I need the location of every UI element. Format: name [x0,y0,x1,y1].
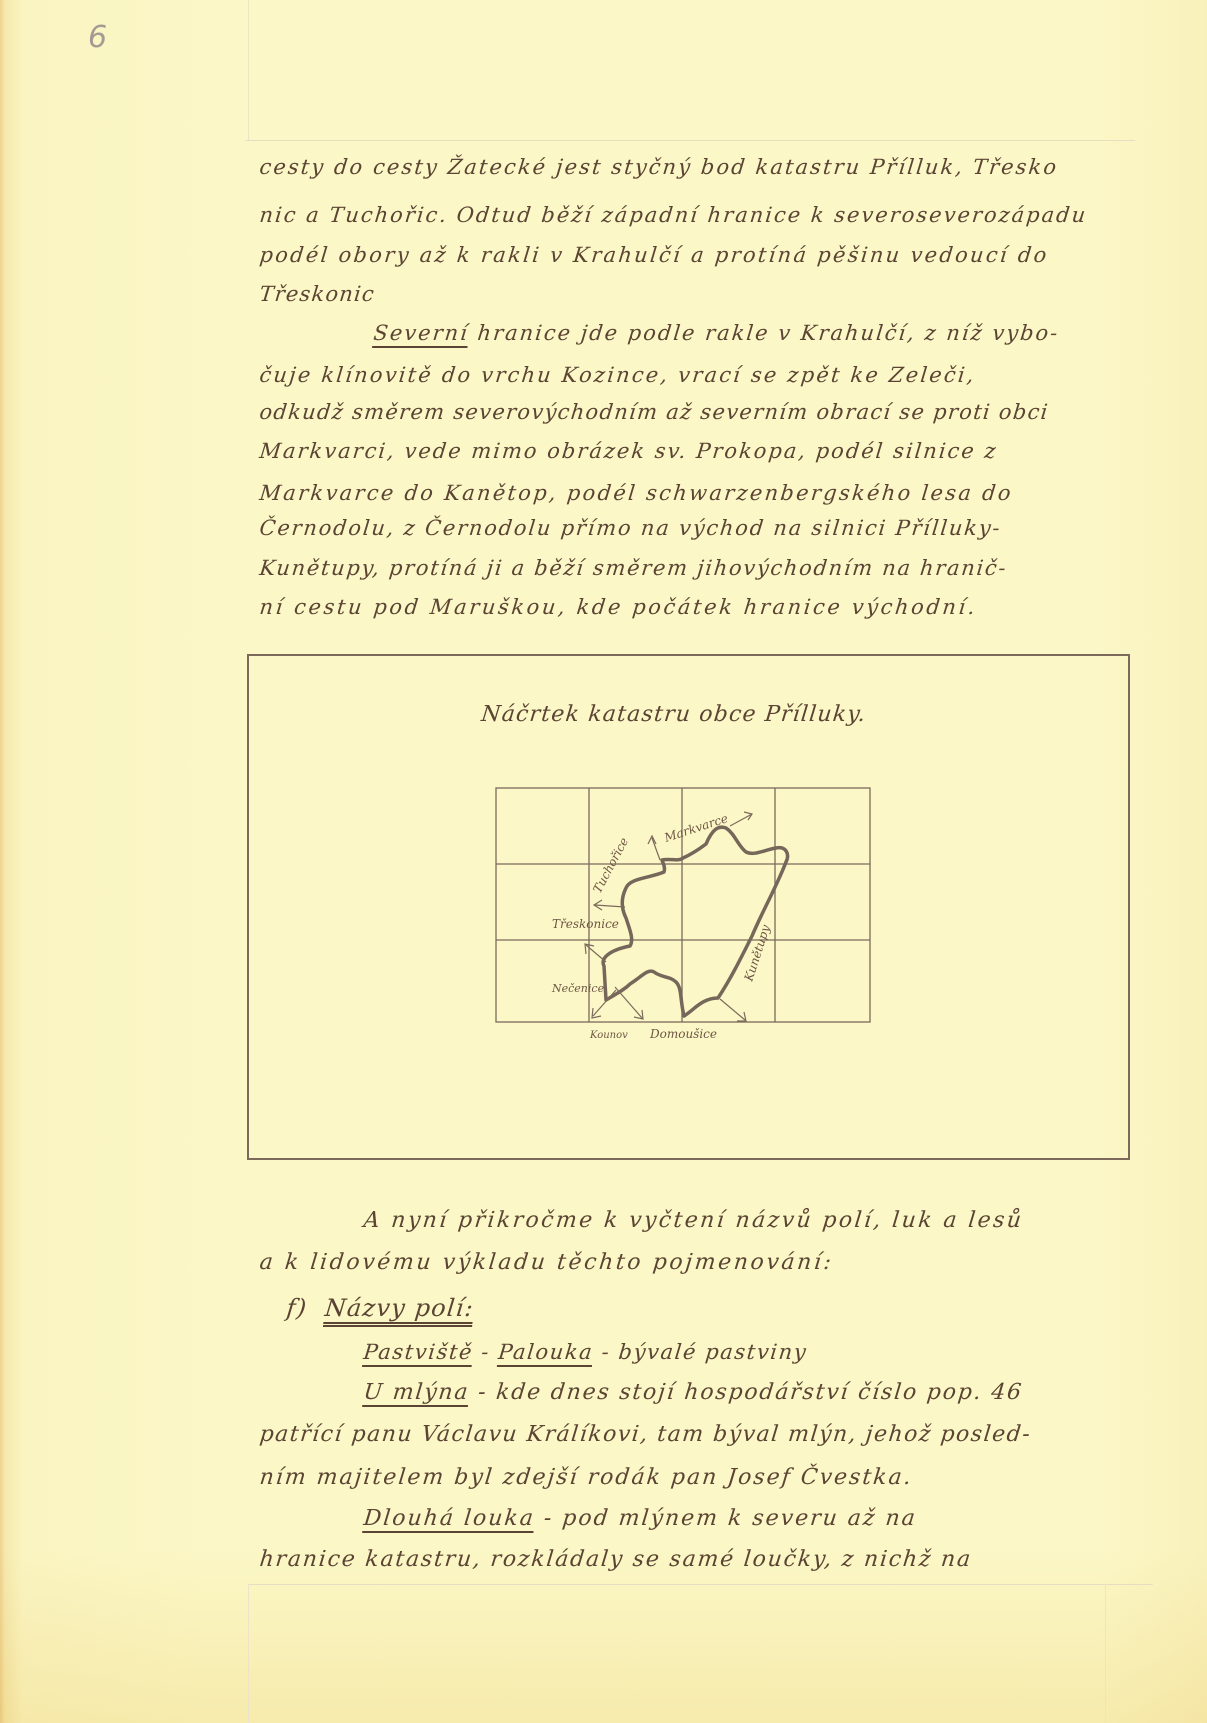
text-line: ní cestu pod Maruškou, kde počátek hrani… [258,592,979,622]
field-name-pastviste: Pastviště [362,1340,474,1364]
text-line: čuje klínovitě do vrchu Kozince, vrací s… [258,360,977,390]
map-label-treskonice: Třeskonice [552,917,619,931]
text-line: A nyní přikročme k vyčtení názvů polí, l… [362,1206,1025,1236]
ruled-margin-bottom-left [248,1584,249,1723]
ruled-margin-bottom-right [1105,1584,1106,1723]
field-name-u-mlyna: U mlýna [362,1380,470,1405]
text-line: Třeskonic [258,279,377,309]
ruled-margin-top [248,0,249,140]
map-label-necenice: Nečenice [551,982,605,995]
map-title: Náčrtek katastru obce Přílluky. [480,702,868,727]
text-line: a k lidovému výkladu těchto pojmenování: [258,1248,835,1278]
text-line: Kunětupy, protíná ji a běží směrem jihov… [258,553,1009,583]
text-line: patřící panu Václavu Králíkovi, tam býva… [258,1420,1033,1450]
field-entry: Pastviště - Palouka - bývalé pastviny [362,1337,809,1367]
separator: - [472,1340,500,1364]
text-line: hranice katastru, rozkládaly se samé lou… [258,1545,974,1575]
field-entry: U mlýna - kde dnes stojí hospodářství čí… [362,1378,1024,1408]
text-line-content: hranice jde podle rakle v Krahulčí, z ní… [476,321,1060,345]
field-entry: Dlouhá louka - pod mlýnem k severu až na [362,1504,918,1534]
ruled-line-top [245,140,1135,141]
field-description: - kde dnes stojí hospodářství číslo pop.… [468,1380,1024,1405]
cadastre-boundary [603,827,787,1016]
section-marker: f) [285,1294,309,1322]
cadastre-sketch-map: Tuchořice Markvarce Třeskonice Nečenice … [480,770,880,1050]
section-heading: f) Názvy polí: [285,1293,476,1323]
text-line: Černodolu, z Černodolu přímo na východ n… [258,513,1003,543]
field-description: - pod mlýnem k severu až na [534,1506,919,1531]
ruled-line-bottom [248,1584,1153,1585]
heading-severni: Severní [372,321,470,345]
text-line: nic a Tuchořic. Odtud běží západní hrani… [258,200,1089,230]
field-description: - bývalé pastviny [592,1340,808,1364]
text-line: cesty do cesty Žatecké jest styčný bod k… [258,152,1060,182]
text-line: odkudž směrem severovýchodním až severní… [258,397,1050,427]
map-label-domousice: Domoušice [649,1027,717,1041]
field-name-palouka: Palouka [497,1340,595,1364]
map-label-kounov: Kounov [589,1030,628,1041]
text-line: ním majitelem byl zdejší rodák pan Josef… [258,1463,914,1493]
page-number: 6 [88,20,107,55]
text-line: Markvarce do Kanětop, podél schwarzenber… [258,478,1015,508]
field-name-dlouha-louka: Dlouhá louka [362,1506,536,1531]
text-line: podél obory až k rakli v Krahulčí a prot… [258,240,1050,270]
text-line: Severní hranice jde podle rakle v Krahul… [372,318,1061,348]
text-line: Markvarci, vede mimo obrázek sv. Prokopa… [258,436,999,466]
map-label-kunetupy: Kunětupy [741,923,773,984]
section-title: Názvy polí: [323,1294,475,1322]
